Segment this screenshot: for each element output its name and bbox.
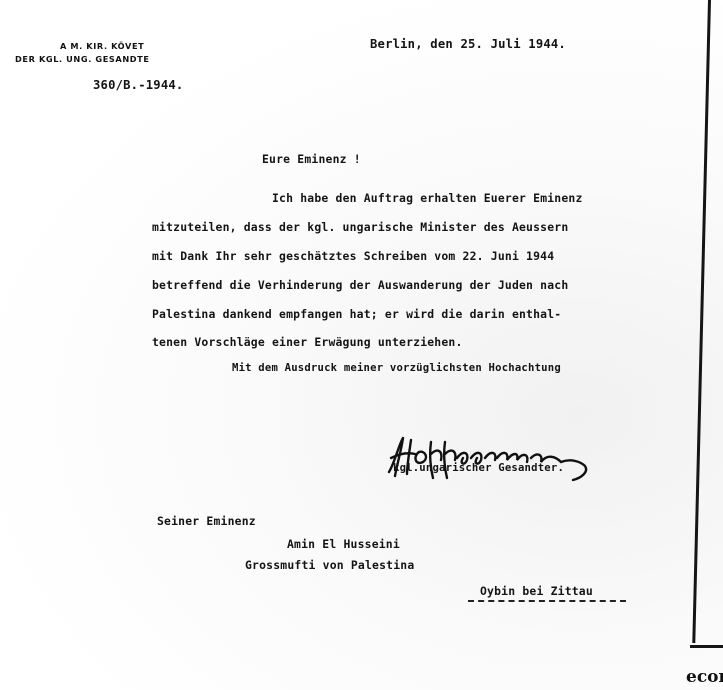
letterhead-stamp-line-2: DER KGL. UNG. GESANDTE [15,54,150,64]
signatory-title: kgl.ungarischer Gesandter. [393,462,564,474]
addressee-line-3: Grossmufti von Palestina [245,558,414,572]
letter-page: A M. KIR. KÖVET DER KGL. UNG. GESANDTE 3… [0,0,723,690]
signature-icon [385,432,635,482]
location-underline [468,600,626,602]
body-line-4: betreffend die Verhinderung der Auswande… [152,278,568,292]
adjacent-page-text-fragment: ecor [686,667,723,687]
addressee-location: Oybin bei Zittau [480,584,593,598]
body-line-1: Ich habe den Auftrag erhalten Euerer Emi… [272,191,583,205]
body-line-5: Palestina dankend empfangen hat; er wird… [152,307,561,321]
closing-line: Mit dem Ausdruck meiner vorzüglichsten H… [232,362,561,374]
body-line-2: mitzuteilen, dass der kgl. ungarische Mi… [152,220,568,234]
page-edge-vertical-line [692,0,711,643]
reference-number: 360/B.-1944. [93,78,183,92]
dateline: Berlin, den 25. Juli 1944. [370,37,566,51]
page-edge-horizontal-line [690,645,723,648]
body-line-6: tenen Vorschläge einer Erwägung unterzie… [152,335,463,349]
addressee-line-1: Seiner Eminenz [157,514,256,528]
addressee-line-2: Amin El Husseini [287,537,400,551]
body-line-3: mit Dank Ihr sehr geschätztes Schreiben … [152,249,554,263]
salutation: Eure Eminenz ! [262,152,361,166]
letterhead-stamp-line-1: A M. KIR. KÖVET [60,41,144,51]
